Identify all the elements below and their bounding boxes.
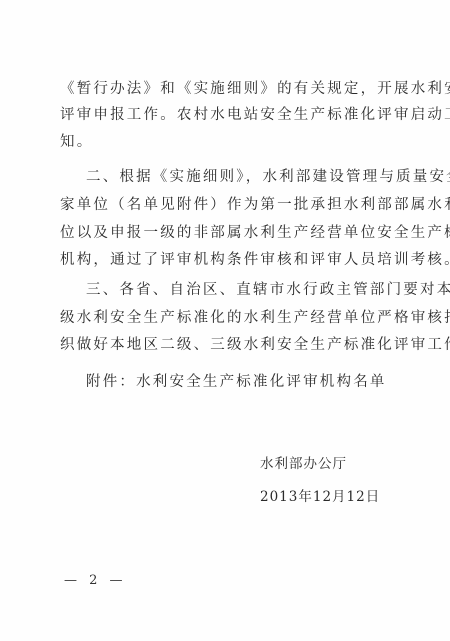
page-number: — 2 — bbox=[64, 573, 127, 588]
paragraph-3-line-1: 三、各省、自治区、直辖市水行政主管部门要对本地区申报一 bbox=[86, 281, 392, 299]
attachment-note: 附件：水利安全生产标准化评审机构名单 bbox=[86, 373, 392, 391]
paragraph-2-line-1: 二、根据《实施细则》，水利部建设管理与质量安全中心等 18 bbox=[86, 168, 392, 186]
body-line-3: 知。 bbox=[60, 133, 392, 151]
paragraph-2-line-2: 家单位（名单见附件）作为第一批承担水利部部属水利生产经营单 bbox=[60, 196, 392, 214]
document-page: 《暂行办法》和《实施细则》的有关规定，开展水利安全生产标准化 评审申报工作。农村… bbox=[0, 0, 450, 641]
body-line-1: 《暂行办法》和《实施细则》的有关规定，开展水利安全生产标准化 bbox=[60, 80, 392, 98]
paragraph-2-line-4: 机构，通过了评审机构条件审核和评审人员培训考核。 bbox=[60, 251, 392, 269]
body-line-2: 评审申报工作。农村水电站安全生产标准化评审启动工作另行通 bbox=[60, 106, 392, 124]
signature-office: 水利部办公厅 bbox=[260, 452, 347, 472]
paragraph-3-line-3: 织做好本地区二级、三级水利安全生产标准化评审工作。 bbox=[60, 336, 392, 354]
paragraph-3-line-2: 级水利安全生产标准化的水利生产经营单位严格审核把关，并组 bbox=[60, 309, 392, 327]
signature-date: 2013年12月12日 bbox=[260, 485, 380, 505]
paragraph-2-line-3: 位以及申报一级的非部属水利生产经营单位安全生产标准化评审 bbox=[60, 224, 392, 242]
